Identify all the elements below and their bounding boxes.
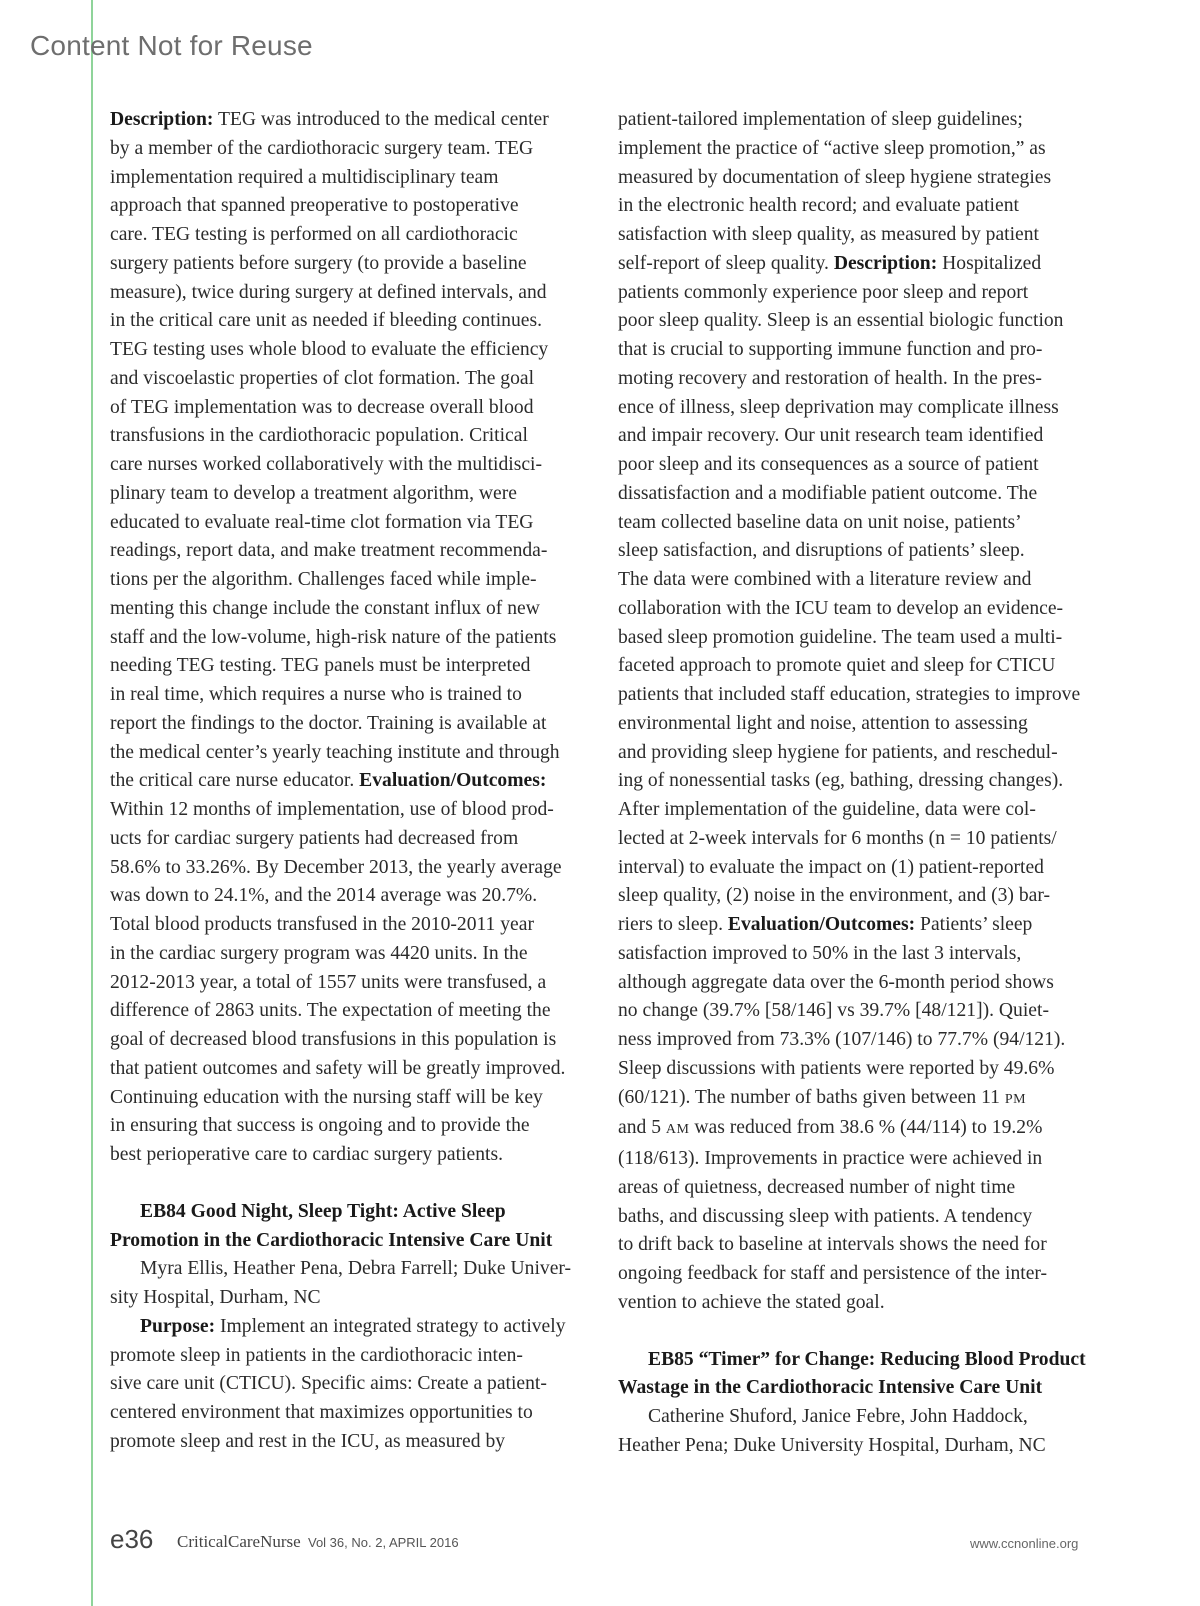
section-gap xyxy=(618,1318,1088,1346)
body-line: of TEG implementation was to decrease ov… xyxy=(110,394,580,423)
body-line: Sleep discussions with patients were rep… xyxy=(618,1055,1088,1084)
body-line: patients that included staff education, … xyxy=(618,681,1088,710)
body-line: ence of illness, sleep deprivation may c… xyxy=(618,394,1088,423)
body-line: educated to evaluate real-time clot form… xyxy=(110,509,580,538)
eb84-abstract: EB84 Good Night, Sleep Tight: Active Sle… xyxy=(110,1198,580,1457)
body-line: staff and the low-volume, high-risk natu… xyxy=(110,624,580,653)
body-line: team collected baseline data on unit noi… xyxy=(618,509,1088,538)
journal-name: CriticalCareNurse xyxy=(177,1532,301,1552)
left-column: Description: TEG was introduced to the m… xyxy=(110,106,580,1457)
body-line: lected at 2-week intervals for 6 months … xyxy=(618,825,1088,854)
body-line: poor sleep quality. Sleep is an essentia… xyxy=(618,307,1088,336)
purpose-label: Purpose: xyxy=(140,1316,215,1337)
body-line: collaboration with the ICU team to devel… xyxy=(618,595,1088,624)
eb84-evaluation-text: and 5 AM was reduced from 38.6 % (44/114… xyxy=(618,1114,1088,1145)
body-line: implement the practice of “active sleep … xyxy=(618,135,1088,164)
body-line: (118/613). Improvements in practice were… xyxy=(618,1145,1088,1174)
body-line: care. TEG testing is performed on all ca… xyxy=(110,221,580,250)
issue-info: Vol 36, No. 2, APRIL 2016 xyxy=(308,1535,459,1550)
body-line: transfusions in the cardiothoracic popul… xyxy=(110,422,580,451)
body-line: plinary team to develop a treatment algo… xyxy=(110,480,580,509)
margin-rule xyxy=(91,0,93,1606)
eb84-title-line-2: Promotion in the Cardiothoracic Intensiv… xyxy=(110,1227,580,1256)
body-line: in the cardiac surgery program was 4420 … xyxy=(110,940,580,969)
body-line: ongoing feedback for staff and persisten… xyxy=(618,1260,1088,1289)
eb84-authors-line-1: Myra Ellis, Heather Pena, Debra Farrell;… xyxy=(110,1255,580,1284)
eb84-description-text: patients commonly experience poor sleep … xyxy=(618,279,1088,912)
body-line: and providing sleep hygiene for patients… xyxy=(618,739,1088,768)
body-line: and viscoelastic properties of clot form… xyxy=(110,365,580,394)
eb84-purpose-text: sive care unit (CTICU). Specific aims: C… xyxy=(110,1370,580,1399)
body-line: 2012-2013 year, a total of 1557 units we… xyxy=(110,969,580,998)
body-line: report the findings to the doctor. Train… xyxy=(110,710,580,739)
eb84-evaluation-text: satisfaction improved to 50% in the last… xyxy=(618,940,1088,1084)
body-line: ucts for cardiac surgery patients had de… xyxy=(110,825,580,854)
body-line: measured by documentation of sleep hygie… xyxy=(618,164,1088,193)
body-line: the critical care nurse educator. Evalua… xyxy=(110,767,580,796)
body-line: areas of quietness, decreased number of … xyxy=(618,1174,1088,1203)
section-label: Description: xyxy=(110,109,213,130)
body-line: implementation required a multidisciplin… xyxy=(110,164,580,193)
body-line: in ensuring that success is ongoing and … xyxy=(110,1112,580,1141)
body-line: patient-tailored implementation of sleep… xyxy=(618,106,1088,135)
eb84-evaluation-text: (118/613). Improvements in practice were… xyxy=(618,1145,1088,1318)
body-line: sleep satisfaction, and disruptions of p… xyxy=(618,537,1088,566)
body-line: interval) to evaluate the impact on (1) … xyxy=(618,854,1088,883)
body-line: satisfaction improved to 50% in the last… xyxy=(618,940,1088,969)
body-line: best perioperative care to cardiac surge… xyxy=(110,1141,580,1170)
eb84-evaluation-text: (60/121). The number of baths given betw… xyxy=(618,1084,1088,1115)
body-line: no change (39.7% [58/146] vs 39.7% [48/1… xyxy=(618,997,1088,1026)
eb84-purpose-continued: patient-tailored implementation of sleep… xyxy=(618,106,1088,250)
body-line: After implementation of the guideline, d… xyxy=(618,796,1088,825)
eb85-title-line-2: Wastage in the Cardiothoracic Intensive … xyxy=(618,1374,1088,1403)
eb84-purpose-line: Purpose: Implement an integrated strateg… xyxy=(110,1313,580,1342)
eb85-authors-line-2: Heather Pena; Duke University Hospital, … xyxy=(618,1432,1088,1461)
eb84-title-line-1: EB84 Good Night, Sleep Tight: Active Sle… xyxy=(110,1198,580,1227)
section-gap xyxy=(110,1170,580,1198)
body-line: environmental light and noise, attention… xyxy=(618,710,1088,739)
body-line: although aggregate data over the 6-month… xyxy=(618,969,1088,998)
body-line: in real time, which requires a nurse who… xyxy=(110,681,580,710)
body-line: that is crucial to supporting immune fun… xyxy=(618,336,1088,365)
eb84-authors-line-2: sity Hospital, Durham, NC xyxy=(110,1284,580,1313)
left-body-text: Description: TEG was introduced to the m… xyxy=(110,106,580,1170)
body-line: ing of nonessential tasks (eg, bathing, … xyxy=(618,767,1088,796)
journal-url[interactable]: www.ccnonline.org xyxy=(970,1536,1078,1551)
body-line: Continuing education with the nursing st… xyxy=(110,1084,580,1113)
eb84-description-line: self-report of sleep quality. Descriptio… xyxy=(618,250,1088,279)
section-label: Evaluation/Outcomes: xyxy=(359,770,546,791)
body-line: in the critical care unit as needed if b… xyxy=(110,307,580,336)
body-line: menting this change include the constant… xyxy=(110,595,580,624)
body-line: ness improved from 73.3% (107/146) to 77… xyxy=(618,1026,1088,1055)
body-line: TEG testing uses whole blood to evaluate… xyxy=(110,336,580,365)
body-line: vention to achieve the stated goal. xyxy=(618,1289,1088,1318)
body-line: the medical center’s yearly teaching ins… xyxy=(110,739,580,768)
body-line: sleep quality, (2) noise in the environm… xyxy=(618,882,1088,911)
body-line: measure), twice during surgery at define… xyxy=(110,279,580,308)
eb85-abstract: EB85 “Timer” for Change: Reducing Blood … xyxy=(618,1346,1088,1461)
evaluation-label: Evaluation/Outcomes: xyxy=(728,914,915,935)
body-line: needing TEG testing. TEG panels must be … xyxy=(110,652,580,681)
eb85-authors-line-1: Catherine Shuford, Janice Febre, John Ha… xyxy=(618,1403,1088,1432)
body-line: tions per the algorithm. Challenges face… xyxy=(110,566,580,595)
right-column: patient-tailored implementation of sleep… xyxy=(618,106,1088,1461)
body-line: The data were combined with a literature… xyxy=(618,566,1088,595)
body-line: to drift back to baseline at intervals s… xyxy=(618,1231,1088,1260)
body-line: faceted approach to promote quiet and sl… xyxy=(618,652,1088,681)
eb84-purpose-text: promote sleep in patients in the cardiot… xyxy=(110,1342,580,1371)
body-line: Total blood products transfused in the 2… xyxy=(110,911,580,940)
body-line: poor sleep and its consequences as a sou… xyxy=(618,451,1088,480)
body-line: Description: TEG was introduced to the m… xyxy=(110,106,580,135)
watermark: Content Not for Reuse xyxy=(30,30,313,62)
body-line: was down to 24.1%, and the 2014 average … xyxy=(110,882,580,911)
body-line: moting recovery and restoration of healt… xyxy=(618,365,1088,394)
body-line: readings, report data, and make treatmen… xyxy=(110,537,580,566)
body-line: by a member of the cardiothoracic surger… xyxy=(110,135,580,164)
page-number: e36 xyxy=(110,1524,153,1555)
body-line: that patient outcomes and safety will be… xyxy=(110,1055,580,1084)
body-line: in the electronic health record; and eva… xyxy=(618,192,1088,221)
body-line: baths, and discussing sleep with patient… xyxy=(618,1203,1088,1232)
body-line: care nurses worked collaboratively with … xyxy=(110,451,580,480)
description-label: Description: xyxy=(834,253,937,274)
body-line: satisfaction with sleep quality, as meas… xyxy=(618,221,1088,250)
body-line: patients commonly experience poor sleep … xyxy=(618,279,1088,308)
body-line: approach that spanned preoperative to po… xyxy=(110,192,580,221)
body-line: dissatisfaction and a modifiable patient… xyxy=(618,480,1088,509)
eb84-evaluation-line: riers to sleep. Evaluation/Outcomes: Pat… xyxy=(618,911,1088,940)
body-line: and impair recovery. Our unit research t… xyxy=(618,422,1088,451)
eb84-purpose-text: centered environment that maximizes oppo… xyxy=(110,1399,580,1428)
body-line: Within 12 months of implementation, use … xyxy=(110,796,580,825)
eb84-purpose-text: promote sleep and rest in the ICU, as me… xyxy=(110,1428,580,1457)
eb85-title-line-1: EB85 “Timer” for Change: Reducing Blood … xyxy=(618,1346,1088,1375)
body-line: based sleep promotion guideline. The tea… xyxy=(618,624,1088,653)
body-line: difference of 2863 units. The expectatio… xyxy=(110,997,580,1026)
body-line: surgery patients before surgery (to prov… xyxy=(110,250,580,279)
body-line: goal of decreased blood transfusions in … xyxy=(110,1026,580,1055)
body-line: 58.6% to 33.26%. By December 2013, the y… xyxy=(110,854,580,883)
